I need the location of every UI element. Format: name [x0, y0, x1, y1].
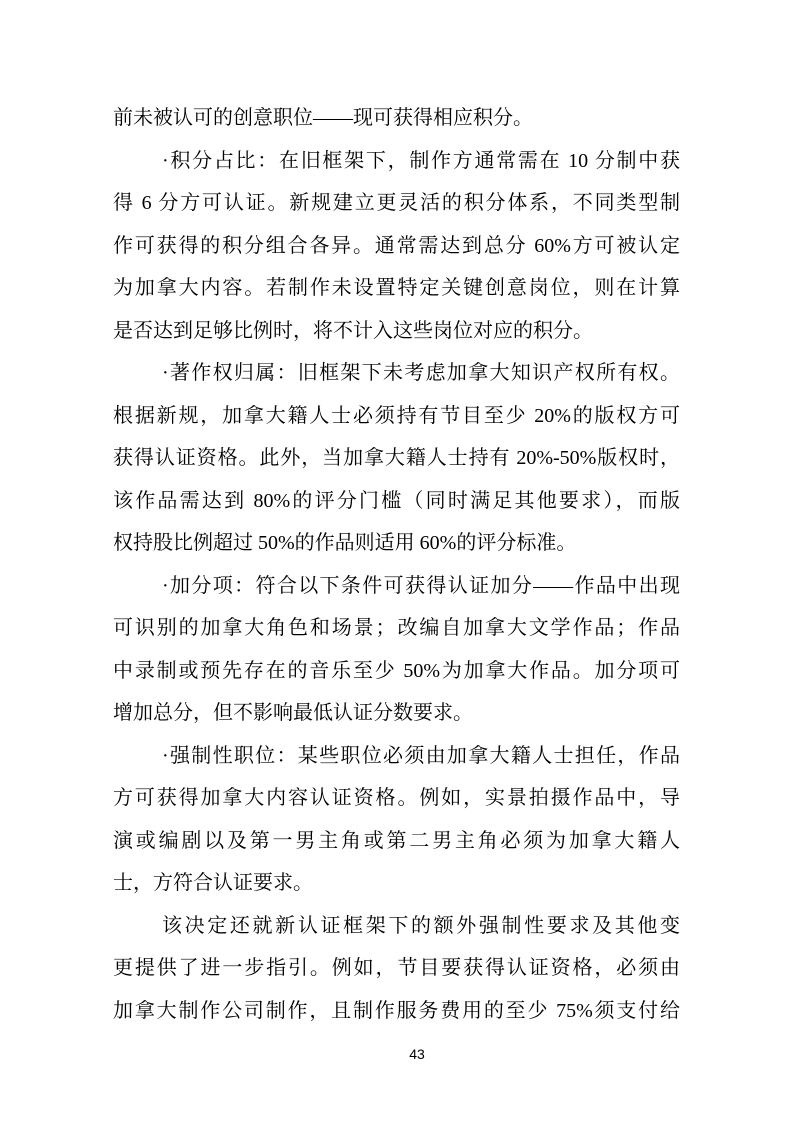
text-line: 士，方符合认证要求。	[113, 862, 680, 905]
text-line: 作可获得的积分组合各异。通常需达到总分 60%方可被认定	[113, 225, 680, 268]
text-line: 增加总分，但不影响最低认证分数要求。	[113, 692, 680, 735]
paragraph-bullet-copyright-ownership: ·著作权归属：旧框架下未考虑加拿大知识产权所有权。根据新规，加拿大籍人士必须持有…	[113, 352, 680, 565]
text-line: 加拿大制作公司制作，且制作服务费用的至少 75%须支付给	[113, 990, 680, 1033]
text-line: ·强制性职位：某些职位必须由加拿大籍人士担任，作品	[113, 735, 680, 778]
document-page: 前未被认可的创意职位——现可获得相应积分。·积分占比：在旧框架下，制作方通常需在…	[0, 0, 793, 1122]
paragraph-bullet-mandatory-positions: ·强制性职位：某些职位必须由加拿大籍人士担任，作品方可获得加拿大内容认证资格。例…	[113, 735, 680, 905]
text-line: 是否达到足够比例时，将不计入这些岗位对应的积分。	[113, 310, 680, 353]
page-number: 43	[409, 1046, 425, 1062]
text-line: ·著作权归属：旧框架下未考虑加拿大知识产权所有权。	[113, 352, 680, 395]
text-line: 根据新规，加拿大籍人士必须持有节目至少 20%的版权方可	[113, 395, 680, 438]
text-line: 演或编剧以及第一男主角或第二男主角必须为加拿大籍人	[113, 820, 680, 863]
text-line: ·加分项：符合以下条件可获得认证加分——作品中出现	[113, 565, 680, 608]
paragraph-closing-guidance: 该决定还就新认证框架下的额外强制性要求及其他变更提供了进一步指引。例如，节目要获…	[113, 905, 680, 1033]
text-line: 更提供了进一步指引。例如，节目要获得认证资格，必须由	[113, 947, 680, 990]
text-line: 该作品需达到 80%的评分门槛（同时满足其他要求），而版	[113, 480, 680, 523]
text-line: 获得认证资格。此外，当加拿大籍人士持有 20%-50%版权时，	[113, 437, 680, 480]
text-line: 得 6 分方可认证。新规建立更灵活的积分体系，不同类型制	[113, 182, 680, 225]
text-line: ·积分占比：在旧框架下，制作方通常需在 10 分制中获	[113, 140, 680, 183]
text-line: 该决定还就新认证框架下的额外强制性要求及其他变	[113, 905, 680, 948]
text-body: 前未被认可的创意职位——现可获得相应积分。·积分占比：在旧框架下，制作方通常需在…	[113, 97, 680, 1032]
paragraph-bullet-points-ratio: ·积分占比：在旧框架下，制作方通常需在 10 分制中获得 6 分方可认证。新规建…	[113, 140, 680, 353]
text-line: 前未被认可的创意职位——现可获得相应积分。	[113, 97, 680, 140]
text-line: 可识别的加拿大角色和场景；改编自加拿大文学作品；作品	[113, 607, 680, 650]
paragraph-bullet-bonus-points: ·加分项：符合以下条件可获得认证加分——作品中出现可识别的加拿大角色和场景；改编…	[113, 565, 680, 735]
text-line: 权持股比例超过 50%的作品则适用 60%的评分标准。	[113, 522, 680, 565]
text-line: 方可获得加拿大内容认证资格。例如，实景拍摄作品中，导	[113, 777, 680, 820]
text-line: 中录制或预先存在的音乐至少 50%为加拿大作品。加分项可	[113, 650, 680, 693]
paragraph-continuation-from-previous-page: 前未被认可的创意职位——现可获得相应积分。	[113, 97, 680, 140]
text-line: 为加拿大内容。若制作未设置特定关键创意岗位，则在计算	[113, 267, 680, 310]
